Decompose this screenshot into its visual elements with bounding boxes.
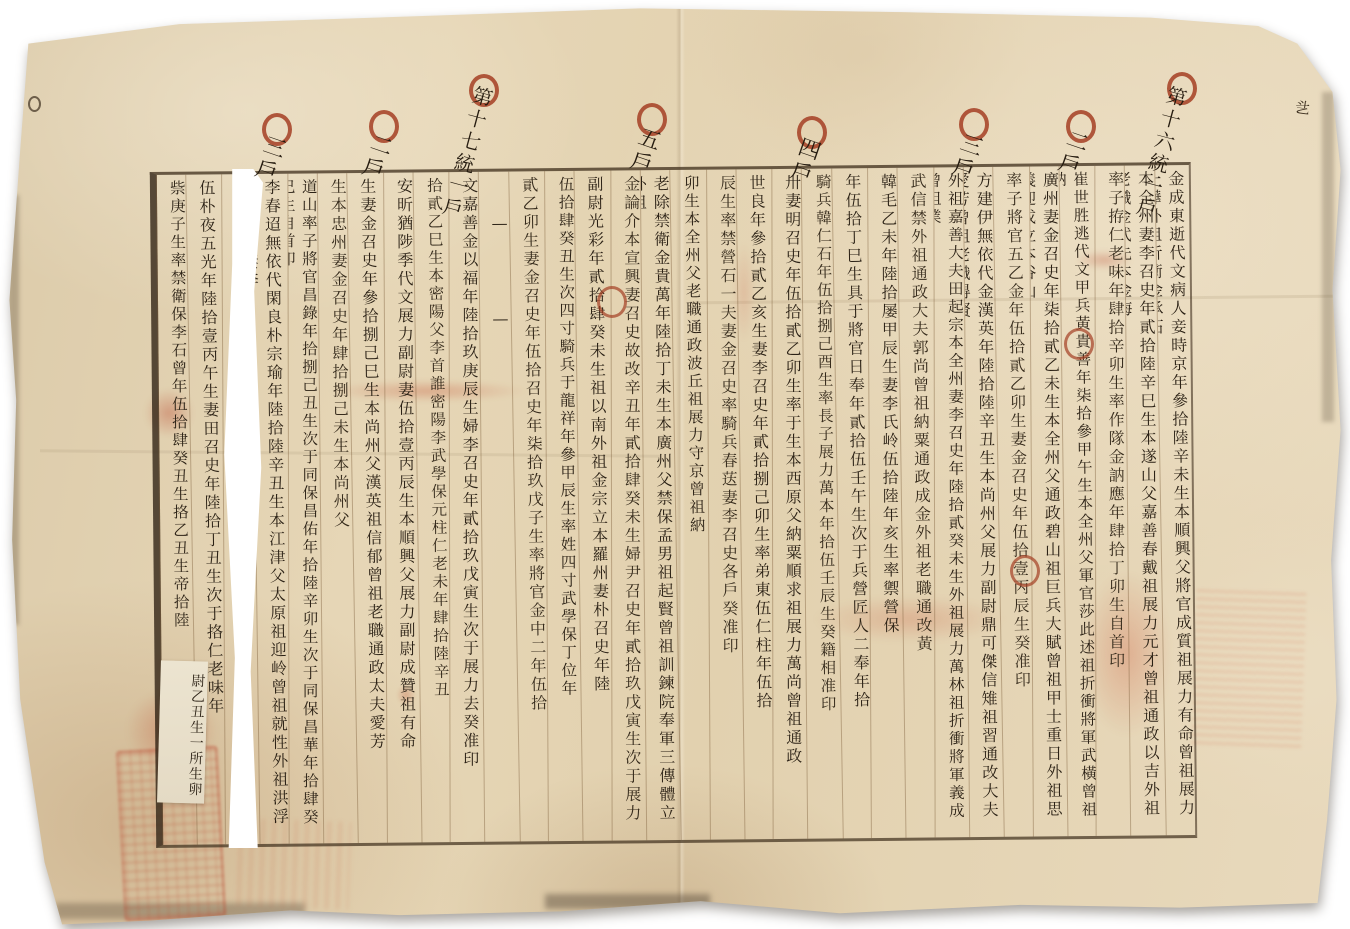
ink-mark: 乧 (1294, 96, 1312, 119)
register-column: 率子拵仁老味年肆拾辛卯生率作隊金訥應年肆拾丁卯生自首印 (1094, 166, 1128, 836)
manuscript-photo: { "palette":{"paper":"#e3d3b2","ink":"#2… (0, 0, 1350, 929)
ink-mark-circle (28, 96, 41, 112)
register-column: 方建伊無依代金漢英年陸拾陸辛丑生本尚州父展力副尉鼎可傑信雉祖習通改大夫愛芳曾祖老… (963, 167, 1002, 837)
red-circle-annotation (597, 286, 627, 318)
register-column: 卅妻明召史年伍拾貳乙卯生率于生本西原父納粟順求祖展力萬尚曾祖通政 (771, 169, 805, 839)
register-column: 本全州妻李召史年貳拾陸辛巳生本遂山父嘉善春戴祖展力元才曾祖通政以吉外祖老職金武先… (1124, 165, 1163, 835)
register-column: 金論介本宣興妻召史故改辛丑年貳拾肆癸未生婦尹召史年貳拾玖戊寅生次于展力 (610, 170, 644, 840)
register-grid: 金成東逝代文病人妾時京年參拾陸辛未生本順興父將官成質祖展力有命曾祖展力一燁外祖折… (150, 162, 1197, 848)
torn-edge-shadow (8, 195, 19, 625)
register-column: 文嘉善金以福年陸拾玖庚辰生婦李召史年貳拾玖戊寅生次于展力去癸准印 (449, 172, 483, 842)
register-column: 騎兵韓仁石年伍拾捌己酉生率長子展力萬本年拾伍壬辰生癸籍相准印 (801, 168, 840, 838)
register-column: 外祖嘉善大夫田起宗本全州妻李召史年陸拾貳癸未生外祖展力萬林祖折衝將軍義成曾祖業 (933, 167, 967, 837)
red-circle-annotation (1064, 328, 1094, 360)
register-column: 老除禁衛金貴萬年陸拾丁未生本廣州父禁保孟男祖起賢曾祖訓鍊院奉軍三傳體立外祖 (640, 170, 679, 840)
register-column: 道山率子將官昌錄年拾捌己丑生次于同保昌佑年拾陸辛卯生次于同保昌華年拾肆癸巳生自首… (287, 174, 321, 844)
red-circle-annotation (1010, 555, 1040, 587)
torn-edge-shadow (1322, 92, 1334, 422)
register-column: 武信禁外祖通政大夫郭尚曾祖納粟通政成金外祖老職通改黃 (897, 167, 938, 837)
pasted-slip: 尉乙丑生一所生卵 (157, 660, 208, 803)
paper-surface: 金成東逝代文病人妾時京年參拾陸辛未生本順興父將官成質祖展力有命曾祖展力一燁外祖折… (0, 0, 1350, 929)
manuscript-paper: 金成東逝代文病人妾時京年參拾陸辛未生本順興父將官成質祖展力有命曾祖展力一燁外祖折… (0, 0, 1350, 929)
photo-background: { "palette":{"paper":"#e3d3b2","ink":"#2… (0, 0, 1350, 929)
official-seal-stamp-right (1191, 584, 1307, 748)
torn-edge-shadow (545, 894, 710, 909)
register-column: 生本忠州妻金召史年肆拾捌己未生本尚州父 (317, 173, 356, 843)
pasted-slip-text: 尉乙丑生一所生卵 (157, 672, 207, 797)
register-column: — — (478, 172, 517, 842)
register-column: 副尉光彩年貳拾肆癸未生祖以南外祖金宗立本羅州妻朴召史年陸 (574, 171, 615, 841)
